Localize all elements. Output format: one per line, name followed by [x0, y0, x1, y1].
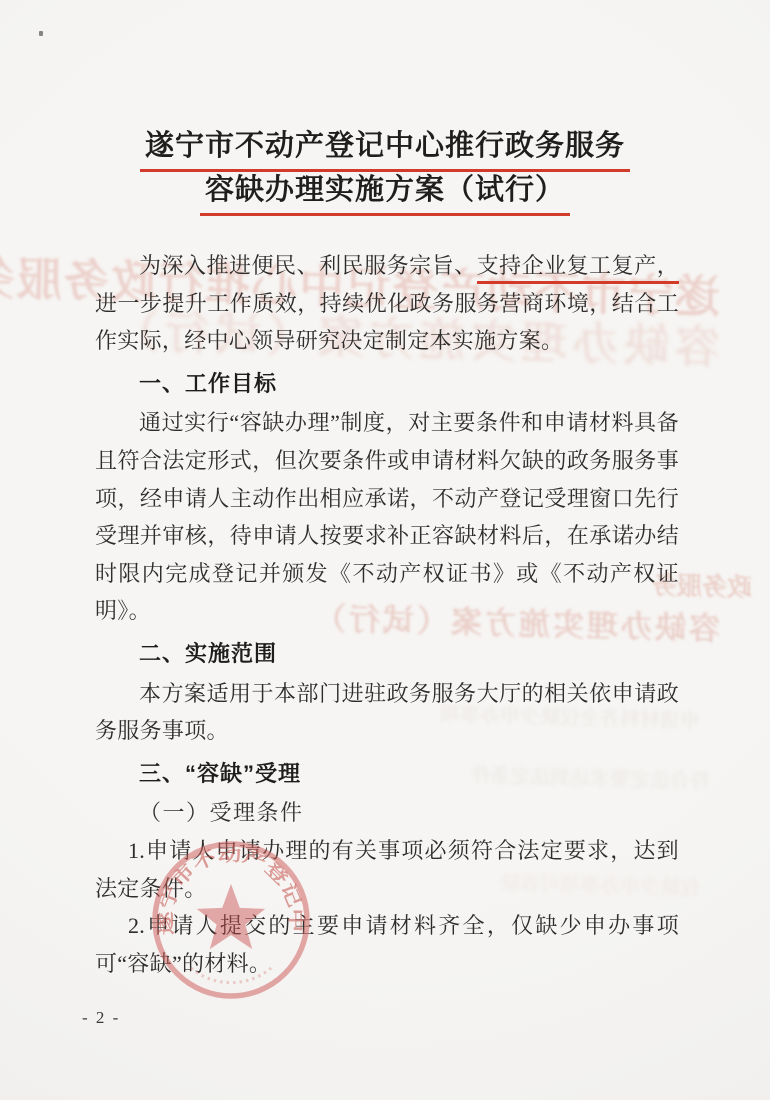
section-heading-3: 三、“容缺”受理	[95, 755, 679, 793]
page-number: - 2 -	[82, 1008, 120, 1028]
scan-speck	[39, 31, 43, 36]
subsection-heading-1: （一）受理条件	[95, 794, 679, 832]
title-line-2: 容缺办理实施方案（试行）	[200, 172, 570, 216]
paragraph-intro: 为深入推进便民、利民服务宗旨、支持企业复工复产，进一步提升工作质效，持续优化政务…	[95, 247, 679, 360]
document-body: 为深入推进便民、利民服务宗旨、支持企业复工复产，进一步提升工作质效，持续优化政务…	[95, 247, 679, 982]
section-heading-1: 一、工作目标	[95, 365, 679, 403]
intro-text-pre: 为深入推进便民、利民服务宗旨、	[139, 253, 477, 278]
intro-text-underlined-emphasis: 支持企业复工复产，	[477, 253, 679, 284]
section-heading-2: 二、实施范围	[95, 635, 679, 673]
condition-item-1: 1.申请人申请办理的有关事项必须符合法定要求，达到法定条件。	[95, 832, 679, 907]
title-line-1: 遂宁市不动产登记中心推行政务服务	[140, 128, 630, 172]
scanned-document-page: 遂宁市不动产登记中心推行政务服务 容缺办理实施方案（试行） 容缺办理实施方案（试…	[0, 0, 770, 1100]
paragraph-scope: 本方案适用于本部门进驻政务服务大厅的相关依申请政务服务事项。	[95, 675, 679, 750]
document-title: 遂宁市不动产登记中心推行政务服务 容缺办理实施方案（试行）	[0, 128, 770, 216]
intro-text-post: 进一步提升工作质效，持续优化政务服务营商环境，结合工作实际，经中心领导研究决定制…	[95, 291, 679, 354]
paragraph-work-goal: 通过实行“容缺办理”制度，对主要条件和申请材料具备且符合法定形式，但次要条件或申…	[95, 404, 679, 630]
condition-item-2: 2.申请人提交的主要申请材料齐全，仅缺少申办事项可“容缺”的材料。	[95, 907, 679, 982]
